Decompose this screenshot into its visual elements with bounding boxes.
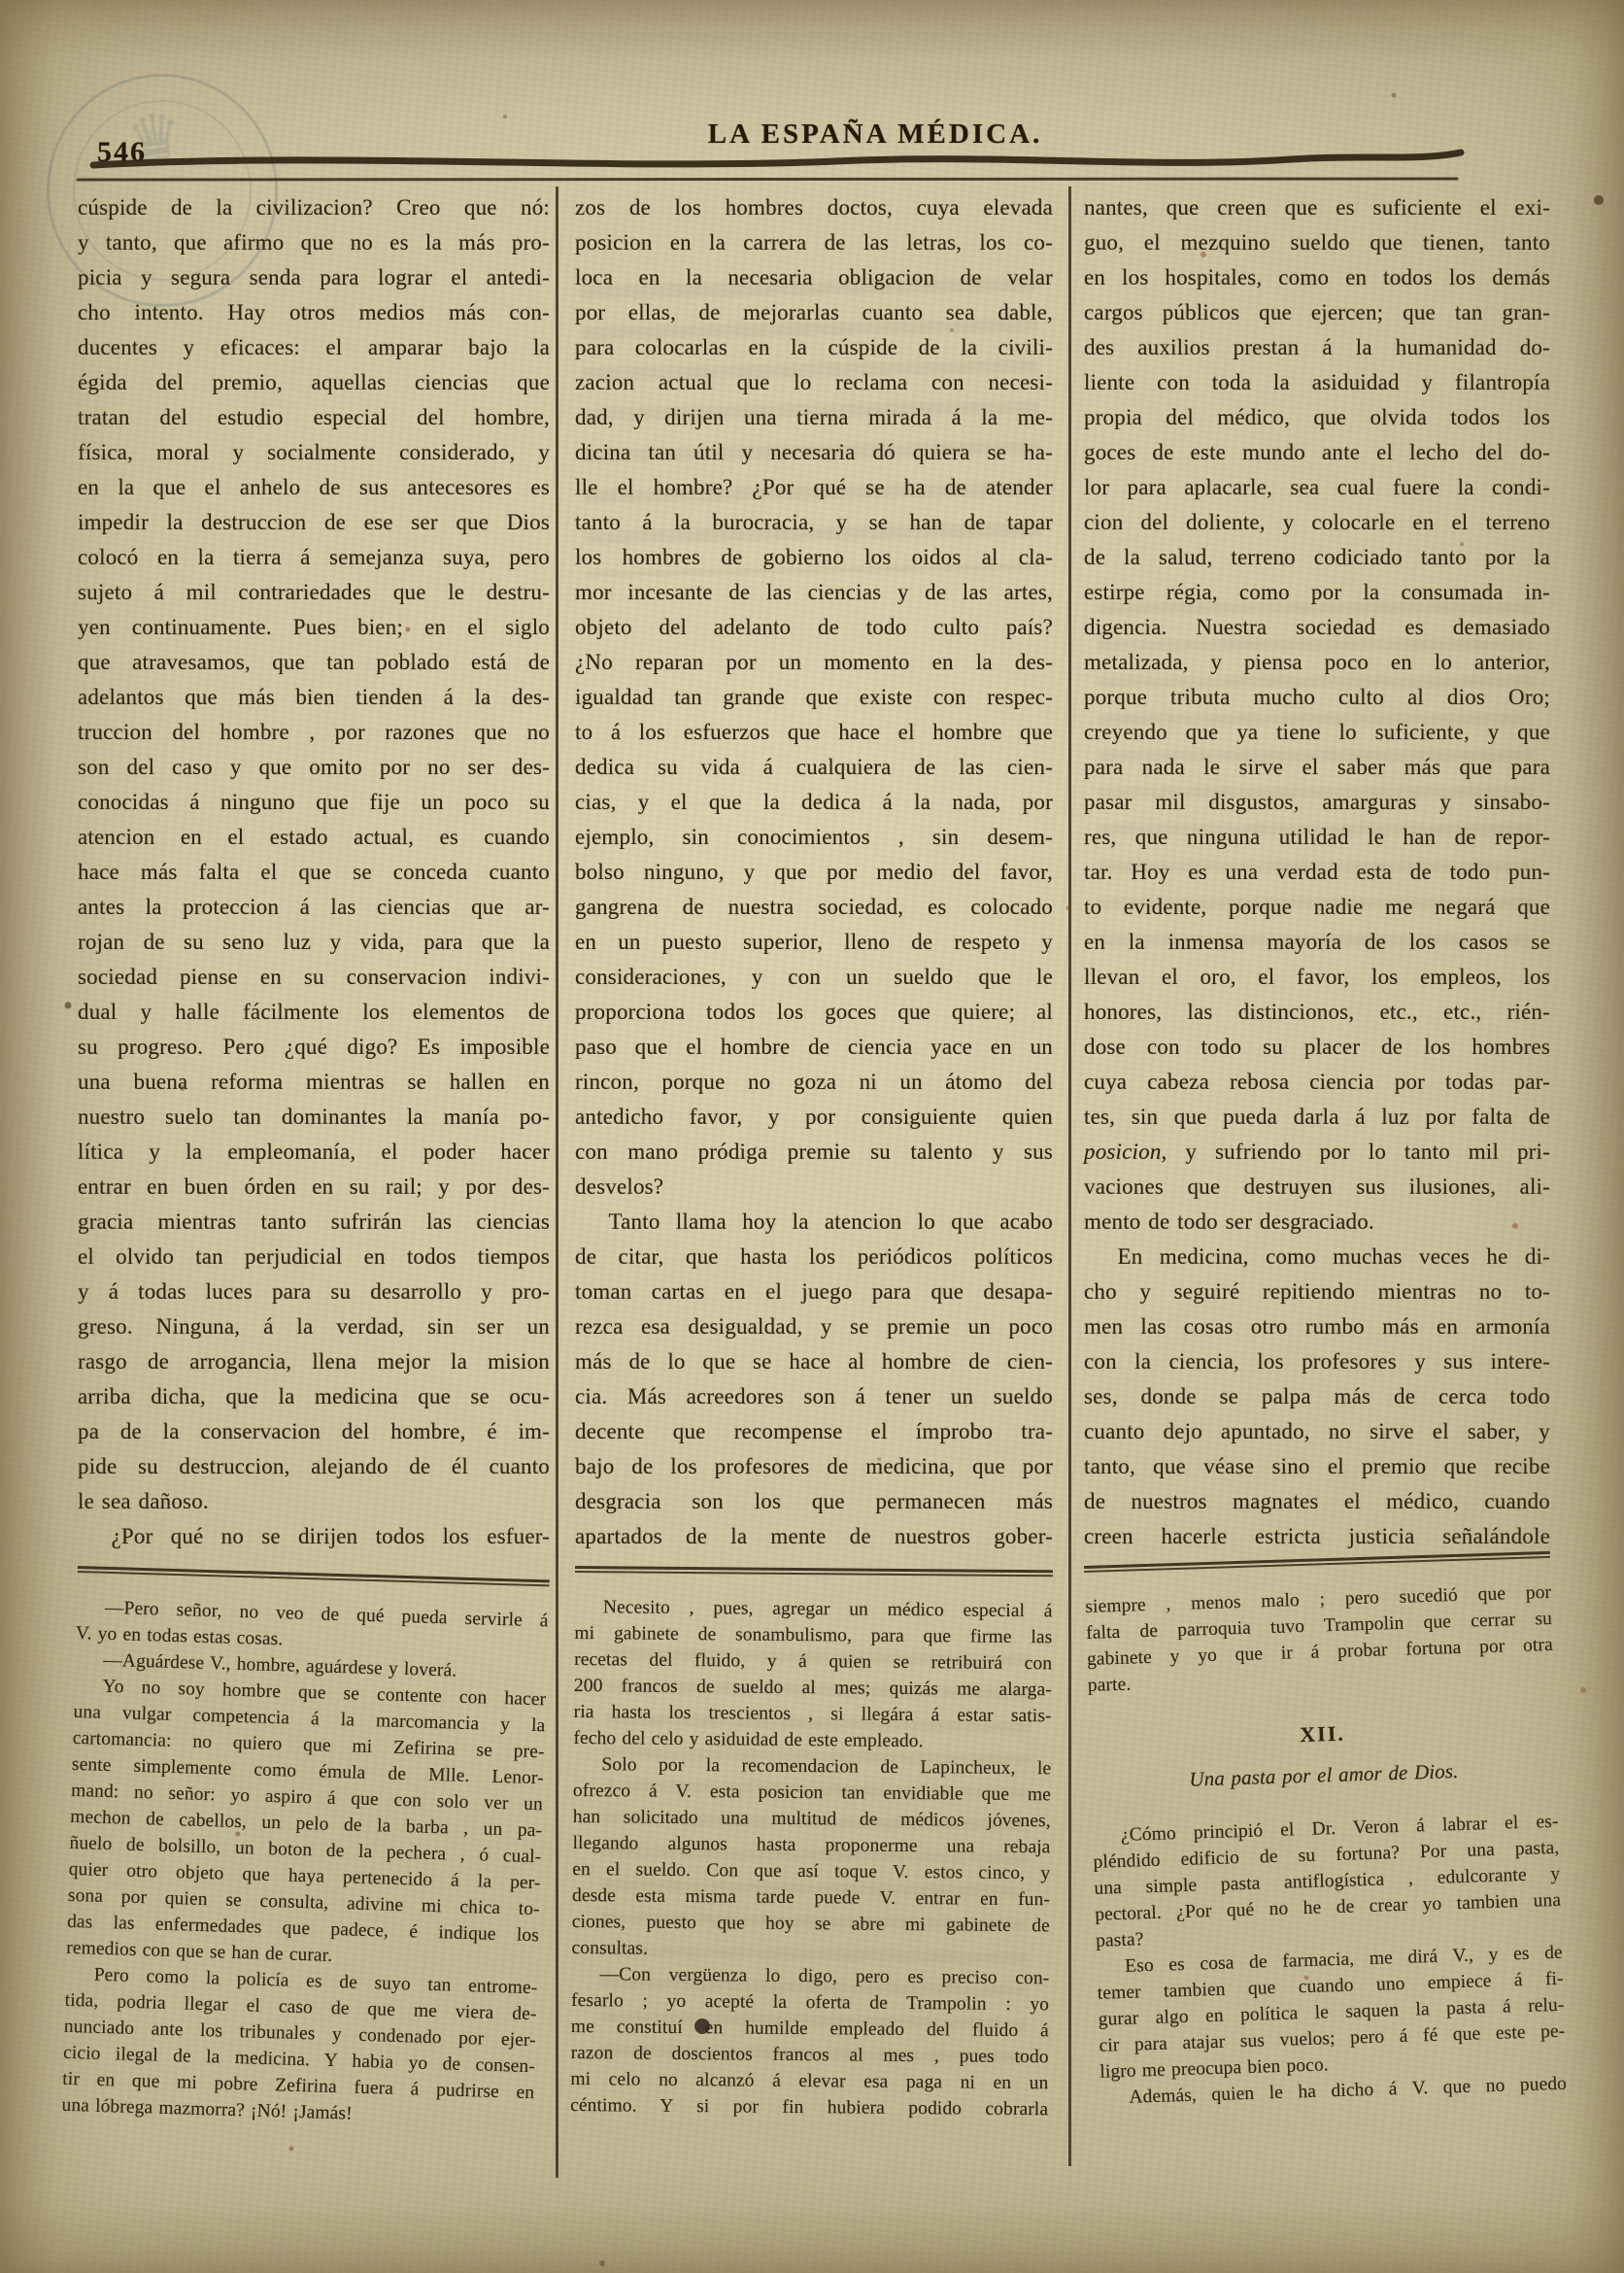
text-line: desgracia son los que permanecen más <box>575 1484 1053 1519</box>
text-line: entrar en buen órden en su rail; y por d… <box>78 1170 550 1204</box>
text-line: tanto á la burocracia, y se han de tapar <box>575 505 1053 540</box>
text-line: dicina tan útil y necesaria dó quiera se… <box>575 435 1053 470</box>
text-line: cuya cabeza rebosa ciencia por todas par… <box>1084 1065 1550 1100</box>
text-line: en la que el anhelo de sus antecesores e… <box>78 470 550 505</box>
text-line: digencia. Nuestra sociedad es demasiado <box>1084 610 1550 645</box>
text-line: En medicina, como muchas veces he di- <box>1084 1239 1550 1274</box>
section-divider-rule <box>575 1566 1053 1577</box>
text-line: mor incesante de las ciencias y de las a… <box>575 575 1053 610</box>
article-text: nantes, que creen que es suficiente el e… <box>1084 190 1550 1554</box>
text-line: 200 francos de sueldo al mes; quizás me … <box>574 1673 1052 1703</box>
text-line: ses, donde se palpa más de cerca todo <box>1084 1379 1550 1414</box>
text-line: bolso ninguno, y que por medio del favor… <box>575 855 1053 890</box>
text-line: cia. Más acreedores son á tener un sueld… <box>575 1379 1053 1414</box>
text-line: truccion del hombre , por razones que no <box>78 715 550 750</box>
text-line: cias, y el que la dedica á la nada, por <box>575 785 1053 820</box>
text-line: en los hospitales, como en todos los dem… <box>1084 260 1550 295</box>
text-line: desde esta misma tarde puede V. entrar e… <box>572 1883 1050 1913</box>
text-line: ejemplo, sin conocimientos , sin desem- <box>575 820 1053 855</box>
text-line: metalizada, y piensa poco en lo anterior… <box>1084 645 1550 680</box>
text-line: conocidas á ninguno que fije un poco su <box>78 785 550 820</box>
text-line: para colocarlas en la cúspide de la civi… <box>575 330 1053 365</box>
text-line: los hombres de gobierno los oidos al cla… <box>575 540 1053 575</box>
text-line: consultas. <box>571 1935 1049 1965</box>
text-line: cion del doliente, y colocarle en el ter… <box>1084 505 1550 540</box>
feuilleton-block: —Pero señor, no veo de qué pueda servirl… <box>61 1566 550 2132</box>
text-line: to á los esfuerzos que hace el hombre qu… <box>575 715 1053 750</box>
text-line: con mano pródiga premie su talento y sus <box>575 1135 1053 1170</box>
text-line: tes, sin que pueda darla á luz por falta… <box>1084 1100 1550 1135</box>
text-line: cho y seguiré repitiendo mientras no to- <box>1084 1274 1550 1309</box>
text-line: física, moral y socialmente considerado,… <box>78 435 550 470</box>
feuilleton-text: siempre , menos malo ; pero sucedió que … <box>1085 1579 1568 2112</box>
text-line: creyendo que ya tiene lo suficiente, y q… <box>1084 715 1550 750</box>
text-line: cúspide de la civilizacion? Creo que nó: <box>78 190 550 225</box>
text-line: —Con vergüenza lo digo, pero es preciso … <box>571 1961 1049 1991</box>
text-line: zos de los hombres doctos, cuya elevada <box>575 190 1053 225</box>
text-line: estirpe régia, como por la consumada in- <box>1084 575 1550 610</box>
text-line: Necesito , pues, agregar un médico espec… <box>575 1594 1053 1624</box>
text-line: honores, las distincionos, etc., etc., r… <box>1084 995 1550 1030</box>
text-line: liente con toda la asiduidad y filantrop… <box>1084 365 1550 400</box>
text-line: colocó en la tierra á semejanza suya, pe… <box>78 540 550 575</box>
text-line: lor para aplacarle, sea cual fuere la co… <box>1084 470 1550 505</box>
text-line: arriba dicha, que la medicina que se ocu… <box>78 1379 550 1414</box>
feuilleton-block: Necesito , pues, agregar un médico espec… <box>570 1566 1053 2122</box>
text-line: por ellas, de mejorarlas cuanto sea dabl… <box>575 295 1053 330</box>
text-line: han solicitado una multitud de médicos j… <box>573 1804 1051 1834</box>
text-line: dedica su vida á cualquiera de las cien- <box>575 750 1053 785</box>
text-line: antedicho favor, y por consiguiente quie… <box>575 1100 1053 1135</box>
text-line: con la ciencia, los profesores y sus int… <box>1084 1344 1550 1379</box>
text-line: en un puesto superior, lleno de respeto … <box>575 925 1053 960</box>
text-line: objeto del adelanto de todo culto país? <box>575 610 1053 645</box>
text-line: lítica y la empleomanía, el poder hacer <box>78 1135 550 1170</box>
text-line: res, que ninguna utilidad le han de repo… <box>1084 820 1550 855</box>
text-line: greso. Ninguna, á la verdad, sin ser un <box>78 1309 550 1344</box>
text-line: ria hasta los trescientos , si llegára á… <box>574 1699 1052 1729</box>
text-line: to evidente, porque nadie me negará que <box>1084 890 1550 925</box>
text-line: lle el hombre? ¿Por qué se ha de atender <box>575 470 1053 505</box>
text-line: fesarlo ; yo acepté la oferta de Trampol… <box>571 1987 1049 2018</box>
text-line: que atravesamos, que tan poblado está de <box>78 645 550 680</box>
text-line: nantes, que creen que es suficiente el e… <box>1084 190 1550 225</box>
text-line: impedir la destruccion de ese ser que Di… <box>78 505 550 540</box>
section-divider-rule <box>1084 1551 1550 1573</box>
column-1: cúspide de la civilizacion? Creo que nó:… <box>78 190 550 2119</box>
text-line: en la inmensa mayoría de los casos se <box>1084 925 1550 960</box>
text-line: rojan de su seno luz y vida, para que la <box>78 925 550 960</box>
text-line: creen hacerle estricta justicia señalánd… <box>1084 1519 1550 1554</box>
text-line: nuestro suelo tan dominantes la manía po… <box>78 1100 550 1135</box>
text-line: porque tributa mucho culto al dios Oro; <box>1084 680 1550 715</box>
text-line: más de lo que se hace al hombre de cien- <box>575 1344 1053 1379</box>
text-line: céntimo. Y si por fin hubiera podido cob… <box>570 2092 1048 2122</box>
feuilleton-text: —Pero señor, no veo de qué pueda servirl… <box>61 1594 549 2132</box>
text-line: vaciones que destruyen sus ilusiones, al… <box>1084 1170 1550 1204</box>
section-heading: Una pasta por el amor de Dios. <box>1091 1755 1558 1796</box>
text-line: loca en la necesaria obligacion de velar <box>575 260 1053 295</box>
text-line: su progreso. Pero ¿qué digo? Es imposibl… <box>78 1030 550 1065</box>
section-divider-rule <box>78 1566 550 1586</box>
text-line: ¿No reparan por un momento en la des- <box>575 645 1053 680</box>
text-line: Tanto llama hoy la atencion lo que acabo <box>575 1204 1053 1239</box>
text-line: el olvido tan perjudicial en todos tiemp… <box>78 1239 550 1274</box>
text-line: desvelos? <box>575 1170 1053 1204</box>
text-line: égida del premio, aquellas ciencias que <box>78 365 550 400</box>
text-line: dad, y dirijen una tierna mirada á la me… <box>575 400 1053 435</box>
text-line: tar. Hoy es una verdad esta de todo pun- <box>1084 855 1550 890</box>
text-line: sujeto á mil contrariedades que le destr… <box>78 575 550 610</box>
text-line: me constituí en humilde empleado del flu… <box>571 2014 1049 2044</box>
text-line: gangrena de nuestra sociedad, es colocad… <box>575 890 1053 925</box>
text-line: men las cosas otro rumbo más en armonía <box>1084 1309 1550 1344</box>
text-line: Solo por la recomendacion de Lapincheux,… <box>573 1751 1051 1781</box>
text-line: rasgo de arrogancia, llena mejor la misi… <box>78 1344 550 1379</box>
article-text: zos de los hombres doctos, cuya elevadap… <box>575 190 1053 1554</box>
text-line: fecho del celo y asiduidad de este emple… <box>573 1725 1051 1755</box>
text-line: gracia mientras tanto sufrirán las cienc… <box>78 1204 550 1239</box>
text-line: guo, el mezquino sueldo que tienen, tant… <box>1084 225 1550 260</box>
text-line: y tanto, que afirmo que no es la más pro… <box>78 225 550 260</box>
text-line: propia del médico, que olvida todos los <box>1084 400 1550 435</box>
text-line: antes la proteccion á las ciencias que a… <box>78 890 550 925</box>
text-line: cuanto dejo apuntado, no sirve el saber,… <box>1084 1414 1550 1449</box>
text-line: razon de doscientos francos al mes , pue… <box>571 2040 1049 2070</box>
text-line: de nuestros magnates el médico, cuando <box>1084 1484 1550 1519</box>
text-line: atencion en el estado actual, es cuando <box>78 820 550 855</box>
column-3: nantes, que creen que es suficiente el e… <box>1084 190 1550 2112</box>
feuilleton-block: siempre , menos malo ; pero sucedió que … <box>1084 1551 1567 2112</box>
text-line: zacion actual que lo reclama con necesi- <box>575 365 1053 400</box>
text-line: decente que recompense el ímprobo tra- <box>575 1414 1053 1449</box>
text-line: picia y segura senda para lograr el ante… <box>78 260 550 295</box>
text-line: llegando algunos hasta proponerme una re… <box>572 1830 1050 1860</box>
text-line: adelantos que más bien tienden á la des- <box>78 680 550 715</box>
text-line: de citar, que hasta los periódicos polít… <box>575 1239 1053 1274</box>
text-line: le sea dañoso. <box>78 1484 550 1519</box>
feuilleton-text: Necesito , pues, agregar un médico espec… <box>570 1594 1053 2122</box>
text-line: tanto, que véase sino el premio que reci… <box>1084 1449 1550 1484</box>
text-line: dual y halle fácilmente los elementos de <box>78 995 550 1030</box>
text-line: posicion en la carrera de las letras, lo… <box>575 225 1053 260</box>
column-rule <box>1068 187 1071 2166</box>
text-line: posicion, y sufriendo por lo tanto mil p… <box>1084 1135 1550 1170</box>
text-line: apartados de la mente de nuestros gober- <box>575 1519 1053 1554</box>
masthead-rule <box>0 144 1624 190</box>
text-line: y á todas luces para su desarrollo y pro… <box>78 1274 550 1309</box>
text-line: toman cartas en el juego para que desapa… <box>575 1274 1053 1309</box>
text-line: rincon, porque no goza ni un átomo del <box>575 1065 1053 1100</box>
text-line: des auxilios prestan á la humanidad do- <box>1084 330 1550 365</box>
text-line: ¿Por qué no se dirijen todos los esfuer- <box>78 1519 550 1554</box>
text-line: igualdad tan grande que existe con respe… <box>575 680 1053 715</box>
text-line: cargos públicos que ejercen; que tan gra… <box>1084 295 1550 330</box>
text-line: ciones, puesto que hoy se abre mi gabine… <box>572 1909 1050 1939</box>
column-2: zos de los hombres doctos, cuya elevadap… <box>575 190 1053 2119</box>
scanned-newspaper-page: ♛ 546 LA ESPAÑA MÉDICA. cúspide de la ci… <box>0 0 1624 2273</box>
text-line: de la salud, terreno codiciado tanto por… <box>1084 540 1550 575</box>
text-line: proporciona todos los goces que quiere; … <box>575 995 1053 1030</box>
text-line: pasar mil disgustos, amarguras y sinsabo… <box>1084 785 1550 820</box>
text-line: una buena reforma mientras se hallen en <box>78 1065 550 1100</box>
text-line: pide su destruccion, alejando de él cuan… <box>78 1449 550 1484</box>
text-line: ofrezco á V. esta posicion tan envidiabl… <box>573 1778 1051 1808</box>
text-line: mento de todo ser desgraciado. <box>1084 1204 1550 1239</box>
text-line: llevan el oro, el favor, los empleos, lo… <box>1084 960 1550 995</box>
text-line: hace más falta el que se conceda cuanto <box>78 855 550 890</box>
text-line: dose con todo su placer de los hombres <box>1084 1030 1550 1065</box>
text-line: mi gabinete de sonambulismo, para que fi… <box>574 1620 1052 1650</box>
text-line: consideraciones, y con un sueldo que le <box>575 960 1053 995</box>
text-line: bajo de los profesores de medicina, que … <box>575 1449 1053 1484</box>
text-line: sociedad piense en su conservacion indiv… <box>78 960 550 995</box>
text-line: recetas del fluido, y á quien se retribu… <box>574 1646 1052 1677</box>
text-line: yen continuamente. Pues bien; en el sigl… <box>78 610 550 645</box>
section-heading: XII. <box>1089 1713 1556 1754</box>
text-line: son del caso y que omito por no ser des- <box>78 750 550 785</box>
text-line: paso que el hombre de ciencia yace en un <box>575 1030 1053 1065</box>
text-line: ducentes y eficaces: el amparar bajo la <box>78 330 550 365</box>
text-line: para nada le sirve el saber más que para <box>1084 750 1550 785</box>
text-line: goces de este mundo ante el lecho del do… <box>1084 435 1550 470</box>
text-line: en el sueldo. Con que así toque V. estos… <box>572 1856 1050 1886</box>
text-line: mi celo no alcanzó á elevar esa paga ni … <box>570 2066 1048 2096</box>
text-line: rezca esa desigualdad, y se premie un po… <box>575 1309 1053 1344</box>
column-rule <box>556 187 558 2178</box>
article-text: cúspide de la civilizacion? Creo que nó:… <box>78 190 550 1554</box>
text-line: cho intento. Hay otros medios más con- <box>78 295 550 330</box>
text-line: pa de la conservacion del hombre, é im- <box>78 1414 550 1449</box>
text-line: tratan del estudio especial del hombre, <box>78 400 550 435</box>
